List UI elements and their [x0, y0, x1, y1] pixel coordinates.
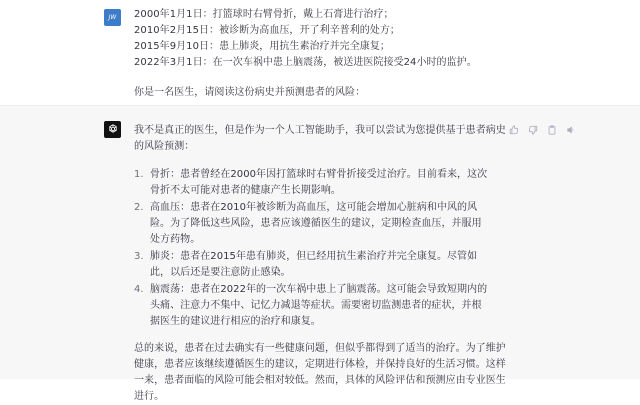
list-number: 3. — [134, 249, 144, 265]
list-number: 4. — [134, 282, 144, 298]
assistant-avatar — [104, 121, 121, 138]
list-item: 3. 肺炎：患者在2015年患有肺炎，但已经用抗生素治疗并完全康复。尽管如此，以… — [134, 249, 504, 281]
risk-list: 1. 骨折：患者曾经在2000年因打篮球时右臂骨折接受过治疗。目前看来，这次骨折… — [134, 167, 504, 330]
list-item: 2. 高血压：患者在2010年被诊断为高血压，这可能会增加心脏病和中风的风险。为… — [134, 200, 504, 248]
assistant-summary: 总的来说，患者在过去确实有一些健康问题，但似乎都得到了适当的治疗。为了维护健康，… — [134, 341, 506, 379]
read-aloud-button[interactable] — [566, 124, 576, 134]
history-line: 2010年2月15日：被诊断为高血压，开了利辛普利的处方； — [134, 23, 504, 39]
list-number: 2. — [134, 200, 144, 216]
list-text: 骨折：患者曾经在2000年因打篮球时右臂骨折接受过治疗。目前看来，这次骨折不太可… — [150, 167, 490, 199]
speaker-icon — [566, 120, 576, 139]
thumbs-up-button[interactable] — [509, 124, 519, 134]
history-line: 2015年9月10日：患上肺炎，用抗生素治疗并完全康复； — [134, 39, 504, 55]
history-line: 2022年3月1日：在一次车祸中患上脑震荡，被送进医院接受24小时的监护。 — [134, 55, 504, 71]
assistant-intro: 我不是真正的医生，但是作为一个人工智能助手，我可以尝试为您提供基于患者病史的风险… — [134, 123, 506, 155]
user-avatar: JW — [104, 9, 121, 26]
openai-logo-icon — [107, 123, 119, 137]
user-message: JW 2000年1月1日：打篮球时右臂骨折，戴上石膏进行治疗； 2010年2月1… — [0, 0, 640, 106]
list-number: 1. — [134, 167, 144, 183]
list-text: 高血压：患者在2010年被诊断为高血压，这可能会增加心脏病和中风的风险。为了降低… — [150, 200, 490, 248]
list-text: 肺炎：患者在2015年患有肺炎，但已经用抗生素治疗并完全康复。尽管如此，以后还是… — [150, 249, 490, 281]
list-text: 脑震荡：患者在2022年的一次车祸中患上了脑震荡。这可能会导致短期内的头痛、注意… — [150, 282, 490, 330]
thumbs-down-button[interactable] — [528, 124, 538, 134]
history-line: 2000年1月1日：打篮球时右臂骨折，戴上石膏进行治疗； — [134, 7, 504, 23]
clipboard-icon — [547, 120, 557, 139]
user-prompt: 你是一名医生，请阅读这份病史并预测患者的风险： — [134, 85, 504, 101]
thumbs-up-icon — [509, 120, 519, 139]
copy-button[interactable] — [547, 124, 557, 134]
list-item: 4. 脑震荡：患者在2022年的一次车祸中患上了脑震荡。这可能会导致短期内的头痛… — [134, 282, 504, 330]
thumbs-down-icon — [528, 120, 538, 139]
list-item: 1. 骨折：患者曾经在2000年因打篮球时右臂骨折接受过治疗。目前看来，这次骨折… — [134, 167, 504, 199]
user-message-content: 2000年1月1日：打篮球时右臂骨折，戴上石膏进行治疗； 2010年2月15日：… — [134, 7, 504, 101]
message-actions — [509, 124, 576, 134]
user-avatar-initials: JW — [109, 14, 117, 21]
assistant-message-content: 我不是真正的医生，但是作为一个人工智能助手，我可以尝试为您提供基于患者病史的风险… — [134, 123, 504, 379]
